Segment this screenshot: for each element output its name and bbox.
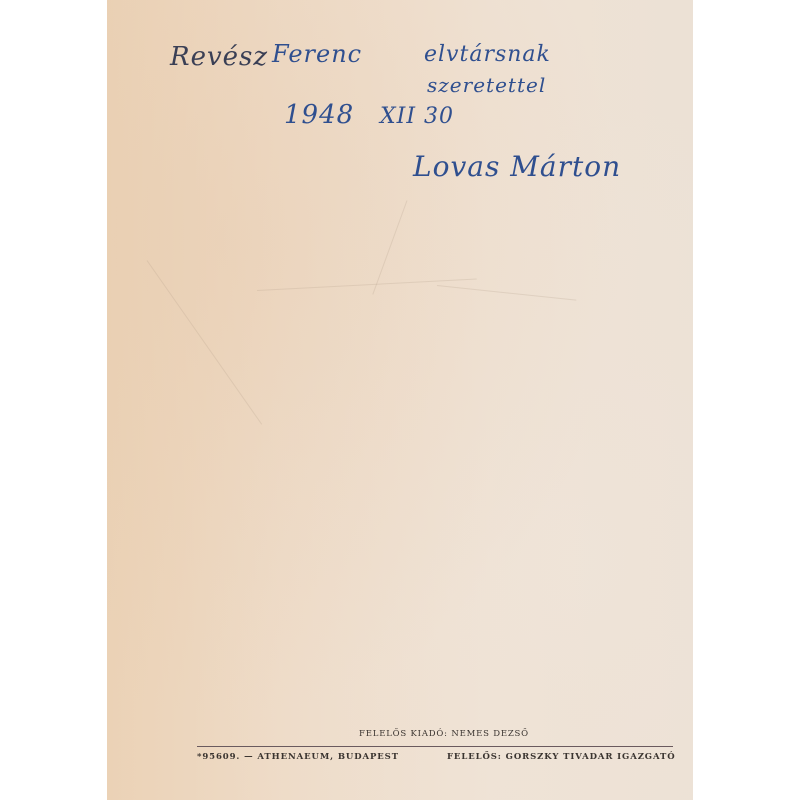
- inscription-date-month-day: XII 30: [380, 104, 454, 129]
- paper-crease: [372, 200, 407, 294]
- imprint-publisher-text: FELELŐS KIADÓ: NEMES DEZSŐ: [359, 729, 529, 739]
- imprint-printer-left: *95609. — ATHENAEUM, BUDAPEST: [197, 752, 399, 762]
- inscription-date-year: 1948: [284, 100, 354, 130]
- inscription-signature: Lovas Márton: [413, 150, 621, 183]
- inscription-recipient-first-name: Revész: [170, 42, 268, 72]
- inscription-phrase-line2: szeretettel: [427, 73, 546, 97]
- inscription-recipient-second-name: Ferenc: [272, 40, 362, 68]
- inscription-phrase-line1: elvtársnak: [424, 42, 551, 67]
- imprint-printer-right: FELELŐS: GORSZKY TIVADAR IGAZGATÓ: [447, 752, 676, 762]
- paper-crease: [147, 260, 263, 424]
- imprint-divider: [197, 746, 673, 747]
- imprint-publisher: FELELŐS KIADÓ: NEMES DEZSŐ: [107, 729, 693, 739]
- paper-crease: [437, 285, 576, 301]
- book-page: Revész Ferenc elvtársnak szeretettel 194…: [107, 0, 693, 800]
